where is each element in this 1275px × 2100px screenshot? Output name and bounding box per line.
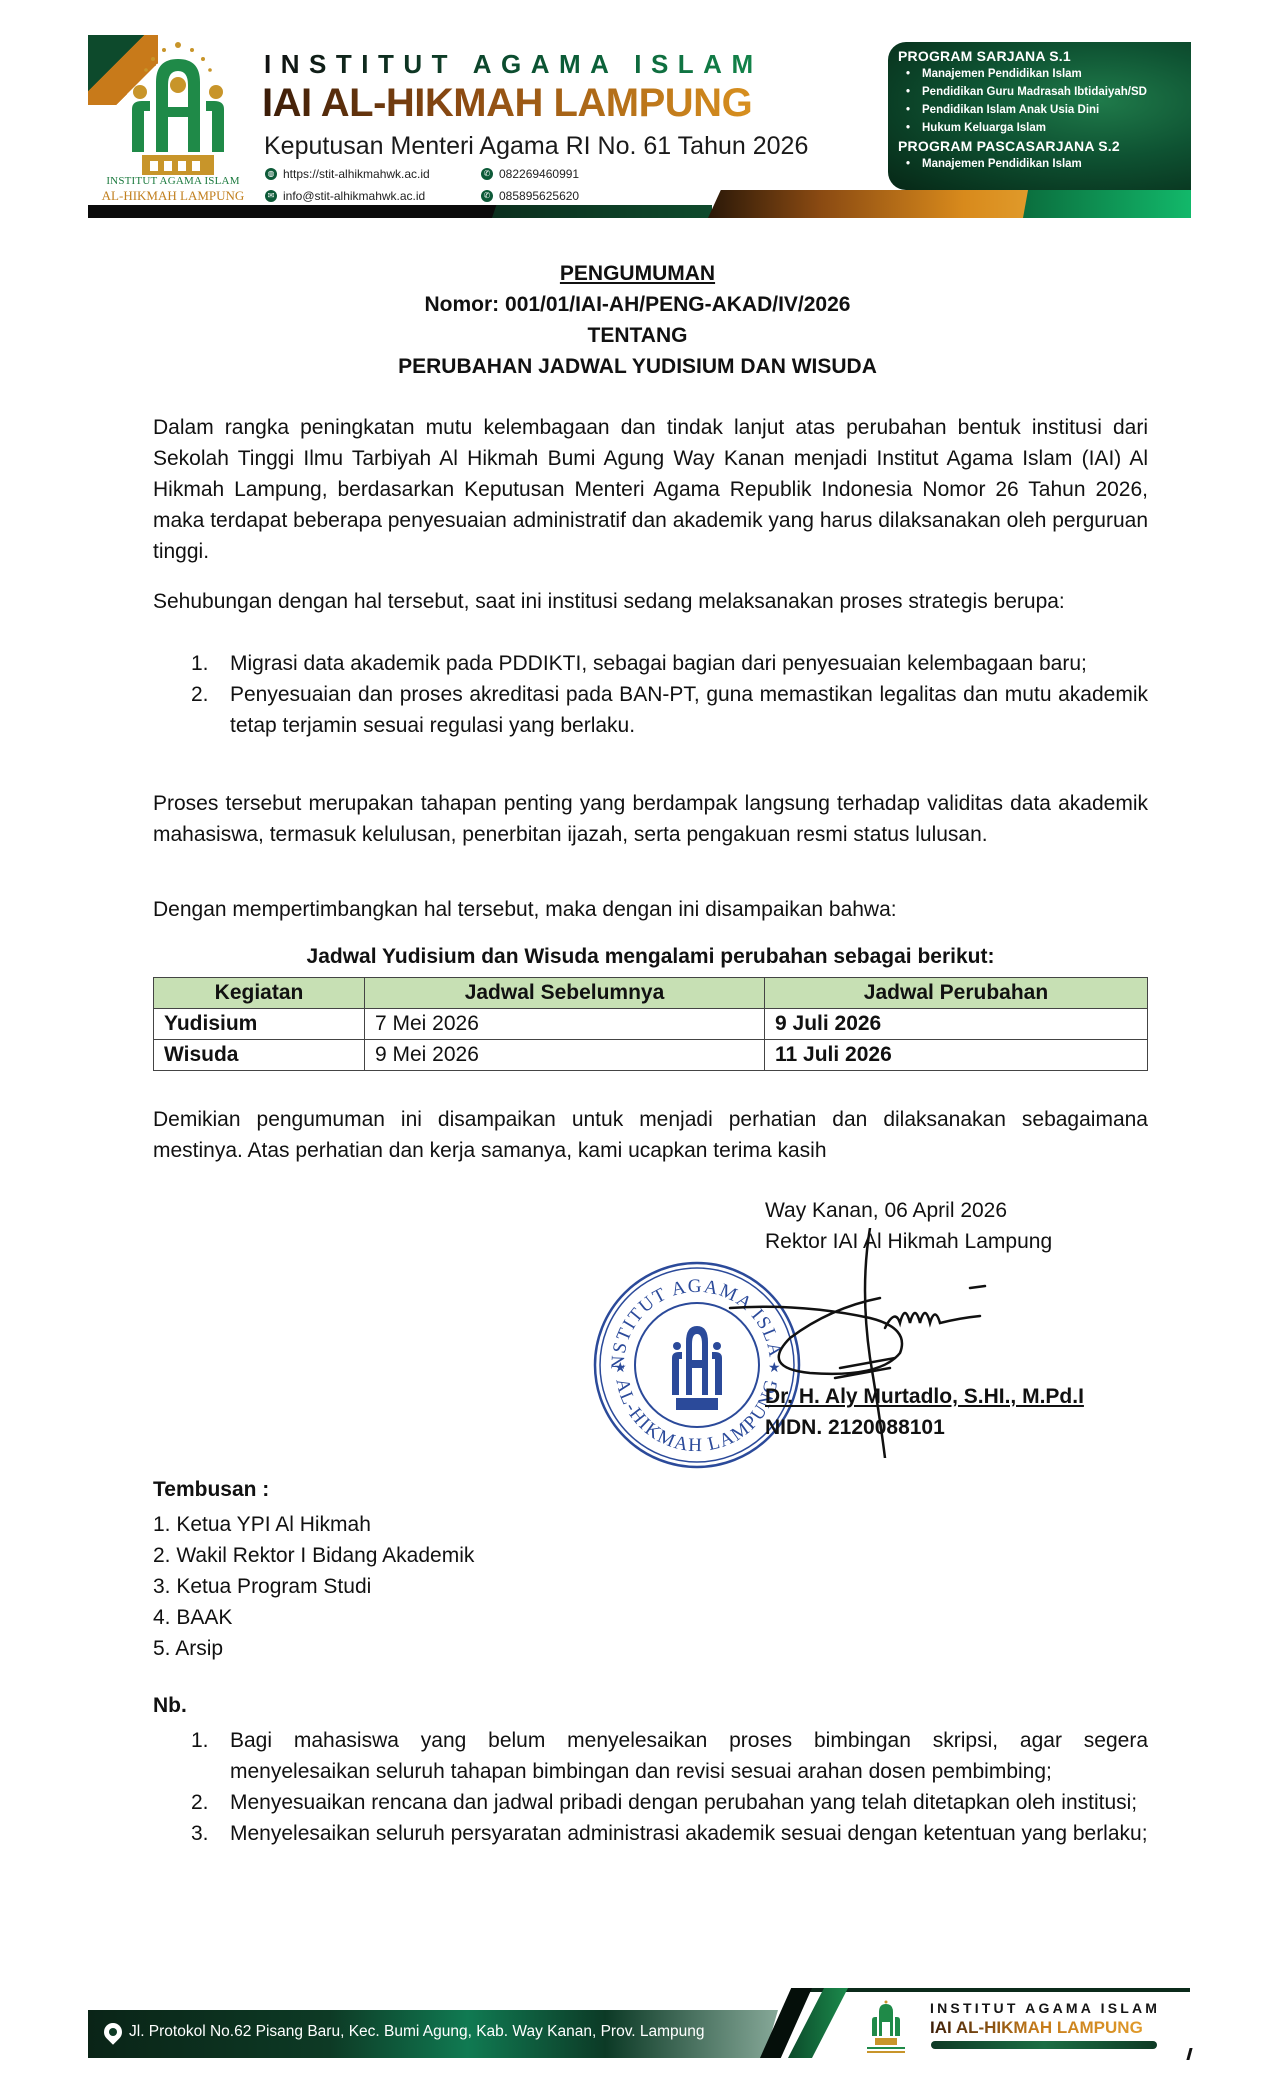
activity-cell: Yudisium bbox=[154, 1009, 365, 1040]
list-item: 2.Penyesuaian dan proses akreditasi pada… bbox=[153, 679, 1148, 741]
about-label: TENTANG bbox=[0, 324, 1275, 348]
decorative-tick bbox=[1186, 2048, 1192, 2060]
footer-institution-type: INSTITUT AGAMA ISLAM bbox=[930, 2000, 1160, 2016]
cc-item: 3. Ketua Program Studi bbox=[153, 1571, 474, 1602]
column-header: Jadwal Perubahan bbox=[765, 978, 1148, 1009]
cc-list: 1. Ketua YPI Al Hikmah 2. Wakil Rektor I… bbox=[153, 1509, 474, 1664]
paragraph-intro: Dalam rangka peningkatan mutu kelembagaa… bbox=[153, 412, 1148, 567]
program-item: Pendidikan Islam Anak Usia Dini bbox=[912, 101, 1191, 119]
website-contact: ◍ https://stit-alhikmahwk.ac.id bbox=[265, 167, 430, 181]
footer-address: Jl. Protokol No.62 Pisang Baru, Kec. Bum… bbox=[104, 2023, 705, 2041]
decorative-pill bbox=[931, 2041, 1157, 2049]
phone-contact-2: ✆ 085895625620 bbox=[481, 189, 579, 203]
list-item: 1.Bagi mahasiswa yang belum menyelesaika… bbox=[153, 1725, 1148, 1787]
process-list: 1.Migrasi data akademik pada PDDIKTI, se… bbox=[153, 648, 1148, 741]
table-caption: Jadwal Yudisium dan Wisuda mengalami per… bbox=[153, 945, 1148, 969]
signer-name: Dr. H. Aly Murtadlo, S.HI., M.Pd.I bbox=[765, 1385, 1084, 1409]
mail-icon: ✉ bbox=[265, 190, 277, 202]
signer-position: Rektor IAI Al Hikmah Lampung bbox=[765, 1230, 1052, 1254]
decorative-bar bbox=[1023, 190, 1191, 218]
address-text: Jl. Protokol No.62 Pisang Baru, Kec. Bum… bbox=[129, 2023, 705, 2041]
decorative-bar bbox=[708, 190, 1028, 218]
decorative-bar bbox=[492, 205, 712, 218]
logo-caption: INSTITUT AGAMA ISLAM bbox=[88, 175, 258, 187]
column-header: Jadwal Sebelumnya bbox=[365, 978, 765, 1009]
list-item: 2.Menyesuaikan rencana dan jadwal pribad… bbox=[153, 1787, 1148, 1818]
previous-date-cell: 7 Mei 2026 bbox=[365, 1009, 765, 1040]
program-s1-list: Manajemen Pendidikan Islam Pendidikan Gu… bbox=[898, 65, 1191, 137]
phone-contact-1: ✆ 082269460991 bbox=[481, 167, 579, 181]
email-contact: ✉ info@stit-alhikmahwk.ac.id bbox=[265, 189, 425, 203]
signature-place-date: Way Kanan, 06 April 2026 bbox=[765, 1199, 1007, 1223]
svg-text:★: ★ bbox=[614, 1359, 627, 1375]
note-list: 1.Bagi mahasiswa yang belum menyelesaika… bbox=[153, 1725, 1148, 1849]
paragraph-context: Sehubungan dengan hal tersebut, saat ini… bbox=[153, 586, 1148, 617]
program-item: Manajemen Pendidikan Islam bbox=[912, 65, 1191, 83]
new-date-cell: 9 Juli 2026 bbox=[765, 1009, 1148, 1040]
program-s2-title: PROGRAM PASCASARJANA S.2 bbox=[898, 138, 1191, 154]
program-item: Manajemen Pendidikan Islam bbox=[912, 155, 1191, 173]
phone-icon: ✆ bbox=[481, 168, 493, 180]
decorative-line bbox=[808, 1988, 1190, 1992]
column-header: Kegiatan bbox=[154, 978, 365, 1009]
list-item: 1.Migrasi data akademik pada PDDIKTI, se… bbox=[153, 648, 1148, 679]
document-number: Nomor: 001/01/IAI-AH/PENG-AKAD/IV/2026 bbox=[0, 293, 1275, 317]
program-panel: PROGRAM SARJANA S.1 Manajemen Pendidikan… bbox=[888, 42, 1191, 190]
cc-label: Tembusan : bbox=[153, 1478, 269, 1502]
cc-item: 4. BAAK bbox=[153, 1602, 474, 1633]
activity-cell: Wisuda bbox=[154, 1040, 365, 1071]
paragraph-impact: Proses tersebut merupakan tahapan pentin… bbox=[153, 788, 1148, 850]
paragraph-closing: Demikian pengumuman ini disampaikan untu… bbox=[153, 1104, 1148, 1166]
cc-item: 2. Wakil Rektor I Bidang Akademik bbox=[153, 1540, 474, 1571]
table-row: Wisuda 9 Mei 2026 11 Juli 2026 bbox=[154, 1040, 1148, 1071]
logo-caption-name: AL-HIKMAH LAMPUNG bbox=[88, 188, 258, 204]
phone-icon: ✆ bbox=[481, 190, 493, 202]
decree-subtitle: Keputusan Menteri Agama RI No. 61 Tahun … bbox=[264, 132, 808, 161]
table-row: Yudisium 7 Mei 2026 9 Juli 2026 bbox=[154, 1009, 1148, 1040]
institution-name: IAI AL-HIKMAH LAMPUNG bbox=[262, 81, 752, 126]
program-item: Pendidikan Guru Madrasah Ibtidaiyah/SD bbox=[912, 83, 1191, 101]
globe-icon: ◍ bbox=[265, 168, 277, 180]
phone-number-2: 085895625620 bbox=[499, 189, 579, 203]
new-date-cell: 11 Juli 2026 bbox=[765, 1040, 1148, 1071]
program-s1-title: PROGRAM SARJANA S.1 bbox=[898, 48, 1191, 64]
previous-date-cell: 9 Mei 2026 bbox=[365, 1040, 765, 1071]
footer-institution-name: IAI AL-HIKMAH LAMPUNG bbox=[930, 2018, 1143, 2038]
signer-nidn: NIDN. 2120088101 bbox=[765, 1416, 945, 1440]
schedule-table: Kegiatan Jadwal Sebelumnya Jadwal Peruba… bbox=[153, 977, 1148, 1071]
institution-type: INSTITUT AGAMA ISLAM bbox=[264, 49, 763, 80]
cc-item: 1. Ketua YPI Al Hikmah bbox=[153, 1509, 474, 1540]
letter-footer: Jl. Protokol No.62 Pisang Baru, Kec. Bum… bbox=[88, 1988, 1190, 2058]
email-link[interactable]: info@stit-alhikmahwk.ac.id bbox=[283, 189, 425, 203]
list-item: 3.Menyelesaikan seluruh persyaratan admi… bbox=[153, 1818, 1148, 1849]
program-s2-list: Manajemen Pendidikan Islam bbox=[898, 155, 1191, 173]
paragraph-statement: Dengan mempertimbangkan hal tersebut, ma… bbox=[153, 894, 1148, 925]
table-header-row: Kegiatan Jadwal Sebelumnya Jadwal Peruba… bbox=[154, 978, 1148, 1009]
footer-logo-icon bbox=[863, 1998, 909, 2054]
cc-item: 5. Arsip bbox=[153, 1633, 474, 1664]
document-heading: PENGUMUMAN bbox=[0, 262, 1275, 286]
phone-number-1: 082269460991 bbox=[499, 167, 579, 181]
website-link[interactable]: https://stit-alhikmahwk.ac.id bbox=[283, 167, 430, 181]
letterhead: INSTITUT AGAMA ISLAM AL-HIKMAH LAMPUNG I… bbox=[88, 35, 1191, 218]
decorative-bar bbox=[88, 205, 500, 218]
note-label: Nb. bbox=[153, 1694, 187, 1718]
location-pin-icon bbox=[100, 2019, 125, 2044]
document-subject: PERUBAHAN JADWAL YUDISIUM DAN WISUDA bbox=[0, 355, 1275, 379]
program-item: Hukum Keluarga Islam bbox=[912, 119, 1191, 137]
